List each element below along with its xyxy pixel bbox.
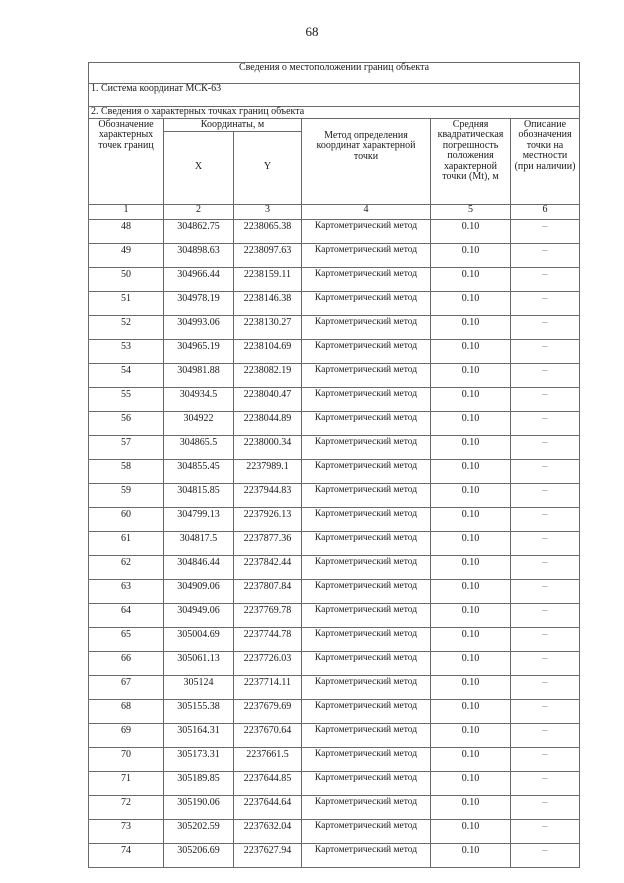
description-cell: –	[511, 339, 580, 363]
description-cell: –	[511, 555, 580, 579]
point-number-cell: 58	[89, 459, 164, 483]
accuracy-cell: 0.10	[431, 795, 511, 819]
method-cell: Картометрический метод	[302, 819, 431, 843]
x-coordinate-cell: 305189.85	[164, 771, 234, 795]
y-coordinate-cell: 2237661.5	[234, 747, 302, 771]
method-cell: Картометрический метод	[302, 843, 431, 867]
header-accuracy: Средняя квадратическая погрешность полож…	[431, 118, 511, 204]
y-coordinate-cell: 2238000.34	[234, 435, 302, 459]
accuracy-cell: 0.10	[431, 579, 511, 603]
point-number-cell: 66	[89, 651, 164, 675]
header-method: Метод определения координат характерной …	[302, 118, 431, 204]
table-row: 58304855.452237989.1Картометрический мет…	[89, 459, 580, 483]
y-coordinate-cell: 2237944.83	[234, 483, 302, 507]
table-row: 64304949.062237769.78Картометрический ме…	[89, 603, 580, 627]
table-row: 69305164.312237670.64Картометрический ме…	[89, 723, 580, 747]
column-number: 4	[302, 204, 431, 219]
y-coordinate-cell: 2237644.85	[234, 771, 302, 795]
accuracy-cell: 0.10	[431, 771, 511, 795]
column-number: 2	[164, 204, 234, 219]
column-numbers-row: 1 2 3 4 5 6	[89, 204, 580, 219]
table-row: 70305173.312237661.5Картометрический мет…	[89, 747, 580, 771]
description-cell: –	[511, 771, 580, 795]
method-cell: Картометрический метод	[302, 531, 431, 555]
column-number: 1	[89, 204, 164, 219]
point-number-cell: 70	[89, 747, 164, 771]
accuracy-cell: 0.10	[431, 387, 511, 411]
y-coordinate-cell: 2238146.38	[234, 291, 302, 315]
method-cell: Картометрический метод	[302, 435, 431, 459]
x-coordinate-cell: 304855.45	[164, 459, 234, 483]
table-row: 63304909.062237807.84Картометрический ме…	[89, 579, 580, 603]
point-number-cell: 51	[89, 291, 164, 315]
y-coordinate-cell: 2237670.64	[234, 723, 302, 747]
method-cell: Картометрический метод	[302, 603, 431, 627]
x-coordinate-cell: 305155.38	[164, 699, 234, 723]
x-coordinate-cell: 304909.06	[164, 579, 234, 603]
accuracy-cell: 0.10	[431, 843, 511, 867]
point-number-cell: 63	[89, 579, 164, 603]
accuracy-cell: 0.10	[431, 483, 511, 507]
table-row: 66305061.132237726.03Картометрический ме…	[89, 651, 580, 675]
x-coordinate-cell: 305202.59	[164, 819, 234, 843]
y-coordinate-cell: 2237807.84	[234, 579, 302, 603]
table-title: Сведения о местоположении границ объекта	[89, 63, 580, 84]
y-coordinate-cell: 2237877.36	[234, 531, 302, 555]
x-coordinate-cell: 304922	[164, 411, 234, 435]
description-cell: –	[511, 795, 580, 819]
x-coordinate-cell: 304934.5	[164, 387, 234, 411]
point-number-cell: 50	[89, 267, 164, 291]
point-number-cell: 61	[89, 531, 164, 555]
table-row: 65305004.692237744.78Картометрический ме…	[89, 627, 580, 651]
description-cell: –	[511, 579, 580, 603]
point-number-cell: 48	[89, 219, 164, 243]
method-cell: Картометрический метод	[302, 651, 431, 675]
table-row: 48304862.752238065.38Картометрический ме…	[89, 219, 580, 243]
point-number-cell: 56	[89, 411, 164, 435]
method-cell: Картометрический метод	[302, 699, 431, 723]
point-number-cell: 49	[89, 243, 164, 267]
point-number-cell: 60	[89, 507, 164, 531]
table-row: 50304966.442238159.11Картометрический ме…	[89, 267, 580, 291]
y-coordinate-cell: 2238104.69	[234, 339, 302, 363]
point-number-cell: 57	[89, 435, 164, 459]
description-cell: –	[511, 435, 580, 459]
header-point-designation: Обозначение характерных точек границ	[89, 118, 164, 204]
table-row: 62304846.442237842.44Картометрический ме…	[89, 555, 580, 579]
accuracy-cell: 0.10	[431, 651, 511, 675]
method-cell: Картометрический метод	[302, 483, 431, 507]
y-coordinate-cell: 2237926.13	[234, 507, 302, 531]
column-number: 5	[431, 204, 511, 219]
method-cell: Картометрический метод	[302, 723, 431, 747]
method-cell: Картометрический метод	[302, 267, 431, 291]
point-number-cell: 71	[89, 771, 164, 795]
description-cell: –	[511, 387, 580, 411]
y-coordinate-cell: 2237744.78	[234, 627, 302, 651]
header-y: Y	[234, 131, 302, 204]
accuracy-cell: 0.10	[431, 627, 511, 651]
accuracy-cell: 0.10	[431, 699, 511, 723]
description-cell: –	[511, 699, 580, 723]
x-coordinate-cell: 305173.31	[164, 747, 234, 771]
accuracy-cell: 0.10	[431, 219, 511, 243]
table-row: 49304898.632238097.63Картометрический ме…	[89, 243, 580, 267]
method-cell: Картометрический метод	[302, 507, 431, 531]
method-cell: Картометрический метод	[302, 219, 431, 243]
table-row: 68305155.382237679.69Картометрический ме…	[89, 699, 580, 723]
description-cell: –	[511, 219, 580, 243]
method-cell: Картометрический метод	[302, 627, 431, 651]
point-number-cell: 62	[89, 555, 164, 579]
header-x: X	[164, 131, 234, 204]
description-cell: –	[511, 483, 580, 507]
table-row: 57304865.52238000.34Картометрический мет…	[89, 435, 580, 459]
point-number-cell: 67	[89, 675, 164, 699]
x-coordinate-cell: 304949.06	[164, 603, 234, 627]
accuracy-cell: 0.10	[431, 459, 511, 483]
description-cell: –	[511, 507, 580, 531]
table-row: 54304981.882238082.19Картометрический ме…	[89, 363, 580, 387]
section-title: 2. Сведения о характерных точках границ …	[89, 107, 580, 119]
accuracy-cell: 0.10	[431, 747, 511, 771]
accuracy-cell: 0.10	[431, 531, 511, 555]
coordinate-system: 1. Система координат МСК-63	[89, 84, 580, 107]
point-number-cell: 74	[89, 843, 164, 867]
description-cell: –	[511, 243, 580, 267]
x-coordinate-cell: 304865.5	[164, 435, 234, 459]
method-cell: Картометрический метод	[302, 555, 431, 579]
method-cell: Картометрический метод	[302, 747, 431, 771]
y-coordinate-cell: 2237726.03	[234, 651, 302, 675]
accuracy-cell: 0.10	[431, 555, 511, 579]
column-number: 6	[511, 204, 580, 219]
x-coordinate-cell: 304817.5	[164, 531, 234, 555]
description-cell: –	[511, 651, 580, 675]
accuracy-cell: 0.10	[431, 363, 511, 387]
x-coordinate-cell: 305206.69	[164, 843, 234, 867]
point-number-cell: 59	[89, 483, 164, 507]
boundary-points-table: Сведения о местоположении границ объекта…	[88, 62, 580, 868]
point-number-cell: 52	[89, 315, 164, 339]
y-coordinate-cell: 2238044.89	[234, 411, 302, 435]
point-number-cell: 64	[89, 603, 164, 627]
table-row: 74305206.692237627.94Картометрический ме…	[89, 843, 580, 867]
table-row: 61304817.52237877.36Картометрический мет…	[89, 531, 580, 555]
y-coordinate-cell: 2237842.44	[234, 555, 302, 579]
point-number-cell: 65	[89, 627, 164, 651]
x-coordinate-cell: 304981.88	[164, 363, 234, 387]
method-cell: Картометрический метод	[302, 411, 431, 435]
y-coordinate-cell: 2237989.1	[234, 459, 302, 483]
x-coordinate-cell: 304965.19	[164, 339, 234, 363]
y-coordinate-cell: 2237679.69	[234, 699, 302, 723]
description-cell: –	[511, 291, 580, 315]
point-number-cell: 69	[89, 723, 164, 747]
accuracy-cell: 0.10	[431, 603, 511, 627]
description-cell: –	[511, 315, 580, 339]
y-coordinate-cell: 2238159.11	[234, 267, 302, 291]
x-coordinate-cell: 304966.44	[164, 267, 234, 291]
page-number: 68	[0, 24, 624, 40]
description-cell: –	[511, 843, 580, 867]
method-cell: Картометрический метод	[302, 387, 431, 411]
accuracy-cell: 0.10	[431, 819, 511, 843]
x-coordinate-cell: 304993.06	[164, 315, 234, 339]
description-cell: –	[511, 723, 580, 747]
table-row: 59304815.852237944.83Картометрический ме…	[89, 483, 580, 507]
point-number-cell: 68	[89, 699, 164, 723]
method-cell: Картометрический метод	[302, 315, 431, 339]
table-row: 673051242237714.11Картометрический метод…	[89, 675, 580, 699]
method-cell: Картометрический метод	[302, 291, 431, 315]
method-cell: Картометрический метод	[302, 771, 431, 795]
description-cell: –	[511, 675, 580, 699]
description-cell: –	[511, 411, 580, 435]
x-coordinate-cell: 304846.44	[164, 555, 234, 579]
x-coordinate-cell: 304815.85	[164, 483, 234, 507]
header-description: Описание обозначения точки на местности …	[511, 118, 580, 204]
x-coordinate-cell: 304799.13	[164, 507, 234, 531]
table-row: 52304993.062238130.27Картометрический ме…	[89, 315, 580, 339]
header-coordinates: Координаты, м	[164, 118, 302, 131]
accuracy-cell: 0.10	[431, 267, 511, 291]
y-coordinate-cell: 2238040.47	[234, 387, 302, 411]
accuracy-cell: 0.10	[431, 315, 511, 339]
table-row: 563049222238044.89Картометрический метод…	[89, 411, 580, 435]
method-cell: Картометрический метод	[302, 363, 431, 387]
point-number-cell: 53	[89, 339, 164, 363]
table-row: 53304965.192238104.69Картометрический ме…	[89, 339, 580, 363]
description-cell: –	[511, 747, 580, 771]
accuracy-cell: 0.10	[431, 675, 511, 699]
column-number: 3	[234, 204, 302, 219]
x-coordinate-cell: 305124	[164, 675, 234, 699]
accuracy-cell: 0.10	[431, 435, 511, 459]
accuracy-cell: 0.10	[431, 411, 511, 435]
accuracy-cell: 0.10	[431, 243, 511, 267]
accuracy-cell: 0.10	[431, 291, 511, 315]
point-number-cell: 54	[89, 363, 164, 387]
y-coordinate-cell: 2238082.19	[234, 363, 302, 387]
x-coordinate-cell: 305164.31	[164, 723, 234, 747]
description-cell: –	[511, 363, 580, 387]
y-coordinate-cell: 2238065.38	[234, 219, 302, 243]
method-cell: Картометрический метод	[302, 579, 431, 603]
x-coordinate-cell: 304978.19	[164, 291, 234, 315]
accuracy-cell: 0.10	[431, 339, 511, 363]
method-cell: Картометрический метод	[302, 459, 431, 483]
method-cell: Картометрический метод	[302, 243, 431, 267]
x-coordinate-cell: 304898.63	[164, 243, 234, 267]
accuracy-cell: 0.10	[431, 507, 511, 531]
table-row: 55304934.52238040.47Картометрический мет…	[89, 387, 580, 411]
point-number-cell: 72	[89, 795, 164, 819]
y-coordinate-cell: 2237627.94	[234, 843, 302, 867]
y-coordinate-cell: 2237769.78	[234, 603, 302, 627]
y-coordinate-cell: 2238097.63	[234, 243, 302, 267]
table-row: 73305202.592237632.04Картометрический ме…	[89, 819, 580, 843]
description-cell: –	[511, 819, 580, 843]
method-cell: Картометрический метод	[302, 339, 431, 363]
point-number-cell: 73	[89, 819, 164, 843]
description-cell: –	[511, 267, 580, 291]
table-row: 60304799.132237926.13Картометрический ме…	[89, 507, 580, 531]
description-cell: –	[511, 627, 580, 651]
description-cell: –	[511, 531, 580, 555]
x-coordinate-cell: 304862.75	[164, 219, 234, 243]
y-coordinate-cell: 2237714.11	[234, 675, 302, 699]
table-row: 72305190.062237644.64Картометрический ме…	[89, 795, 580, 819]
x-coordinate-cell: 305061.13	[164, 651, 234, 675]
x-coordinate-cell: 305190.06	[164, 795, 234, 819]
method-cell: Картометрический метод	[302, 675, 431, 699]
table-row: 71305189.852237644.85Картометрический ме…	[89, 771, 580, 795]
y-coordinate-cell: 2237632.04	[234, 819, 302, 843]
y-coordinate-cell: 2237644.64	[234, 795, 302, 819]
table-row: 51304978.192238146.38Картометрический ме…	[89, 291, 580, 315]
description-cell: –	[511, 603, 580, 627]
point-number-cell: 55	[89, 387, 164, 411]
x-coordinate-cell: 305004.69	[164, 627, 234, 651]
accuracy-cell: 0.10	[431, 723, 511, 747]
description-cell: –	[511, 459, 580, 483]
method-cell: Картометрический метод	[302, 795, 431, 819]
y-coordinate-cell: 2238130.27	[234, 315, 302, 339]
